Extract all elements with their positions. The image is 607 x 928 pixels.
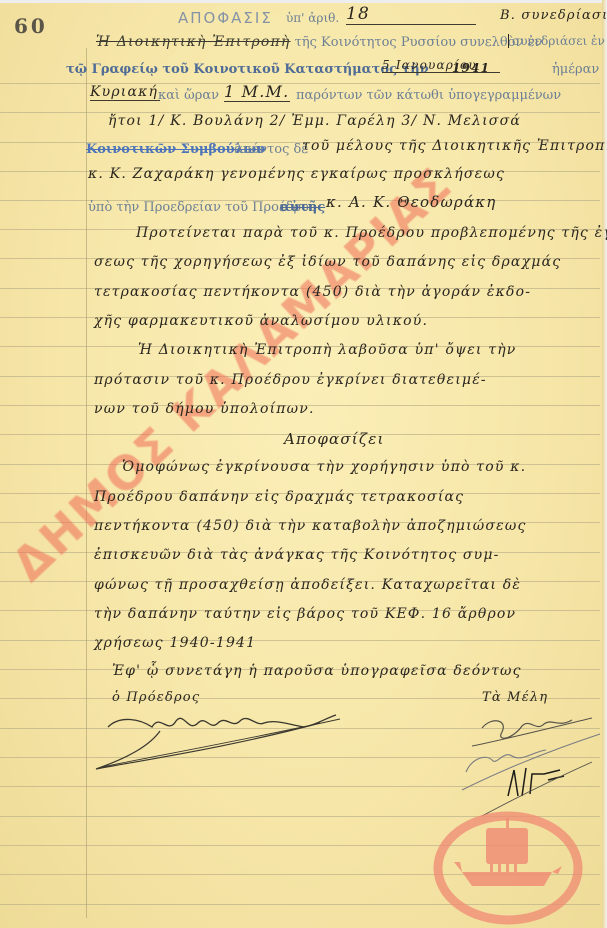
members-label: Τὰ Μέλη — [482, 690, 548, 705]
line3-text: παρόντων τῶν κάτωθι ὑπογεγραμμένων — [296, 88, 561, 103]
line2-day-label: ἡμέραν — [552, 62, 599, 77]
body-line: Προτείνεται παρὰ τοῦ κ. Προέδρου προβλεπ… — [136, 225, 607, 241]
decision-title: ΑΠΟΦΑΣΙΣ — [178, 9, 273, 27]
line5-text: ἀπόντος δὲ — [234, 142, 308, 157]
ruled-line — [0, 640, 600, 641]
meeting-time: 1 Μ.Μ. — [224, 82, 290, 102]
decision-number: 18 — [346, 4, 476, 25]
present-members: ἤτοι 1/ Κ. Βουλάνη 2/ Ἐμμ. Γαρέλη 3/ Ν. … — [108, 113, 521, 129]
page-number: 60 — [14, 14, 48, 38]
closing-line: Ἐφ' ᾧ συνετάγη ἡ παροῦσα ὑπογραφεῖσα δεό… — [112, 663, 522, 679]
session-box: συνεδριάσει ἐν — [508, 34, 605, 48]
line3-hour-label: καὶ ὥραν — [158, 88, 219, 103]
struck-committee: Ἡ Διοικητικὴ Ἐπιτροπὴ — [96, 34, 291, 50]
body-line: φώνως τῇ προσαχθείσῃ ἀποδείξει. Καταχωρε… — [94, 577, 521, 593]
absent-member-name: κ. Κ. Ζαχαράκη γενομένης εγκαίρως προσκλ… — [88, 166, 505, 182]
struck-its: αὐτῆς — [280, 200, 325, 215]
president-name: κ. Α. Κ. Θεοδωράκη — [326, 193, 497, 211]
president-label: ὁ Πρόεδρος — [112, 690, 200, 705]
body-line: χῆς φαρμακευτικοῦ ἀναλωσίμου υλικού. — [94, 313, 428, 329]
body-line: Ἡ Διοικητικὴ Ἐπιτροπὴ λαβοῦσα ὑπ' ὄψει τ… — [138, 342, 517, 358]
absent-member-line: τοῦ μέλους τῆς Διοικητικῆς Ἐπιτροπῆς — [302, 138, 607, 154]
body-line: σεως τῆς χορηγήσεως ἐξ ἰδίων τοῦ δαπάνης… — [94, 254, 561, 270]
body-line: Προέδρου δαπάνην εἰς δραχμάς τετρακοσίας — [94, 489, 464, 505]
document-page: ΔΗΜΟΣ ΚΑΛΑΜΑΡΙΑΣ 60 ΑΠΟΦΑΣΙΣ ὑπ' ἀριθ. 1… — [0, 0, 607, 928]
page-top-edge — [0, 0, 607, 3]
printed-line-2: τῷ Γραφείῳ τοῦ Κοινοτικοῦ Καταστήματος τ… — [66, 62, 429, 77]
decision-number-label: ὑπ' ἀριθ. — [286, 11, 339, 25]
decision-heading: Αποφασίζει — [284, 430, 385, 448]
president-signature — [90, 705, 350, 775]
members-signatures — [452, 710, 602, 820]
body-line: τὴν δαπάνην ταύτην εἰς βάρος τοῦ ΚΕΦ. 16… — [94, 606, 516, 622]
line1-text: τῆς Κοινότητος Ρυσσίου συνελθὸν ἐν — [295, 35, 543, 50]
body-line: χρήσεως 1940-1941 — [94, 635, 256, 651]
body-line: νων τοῦ δήμου ὑπολοίπων. — [94, 401, 315, 417]
meeting-year: 1941 — [452, 61, 490, 75]
session-note: Β. συνεδρίασις — [500, 8, 607, 23]
body-line: ἐπισκευῶν διὰ τὰς ἀνάγκας τῆς Κοινότητος… — [94, 547, 500, 563]
body-line: πεντήκοντα (450) διὰ τὴν καταβολὴν ἀποζη… — [94, 518, 527, 534]
ancient-ship-icon — [432, 806, 584, 926]
body-line: τετρακοσίας πεντήκοντα (450) διὰ τὴν ἀγο… — [94, 284, 531, 300]
body-line: Ὁμοφώνως ἐγκρίνουσα τὴν χορήγησιν ὑπὸ το… — [122, 459, 526, 475]
printed-line-1: Ἡ Διοικητικὴ Ἐπιτροπὴ τῆς Κοινότητος Ρυσ… — [96, 34, 542, 50]
line2-text: τῷ Γραφείῳ τοῦ Κοινοτικοῦ Καταστήματος τ… — [66, 62, 429, 77]
meeting-day: Κυριακή — [90, 84, 160, 101]
body-line: πρότασιν τοῦ κ. Προέδρου ἐγκρίνει διατεθ… — [94, 372, 487, 388]
